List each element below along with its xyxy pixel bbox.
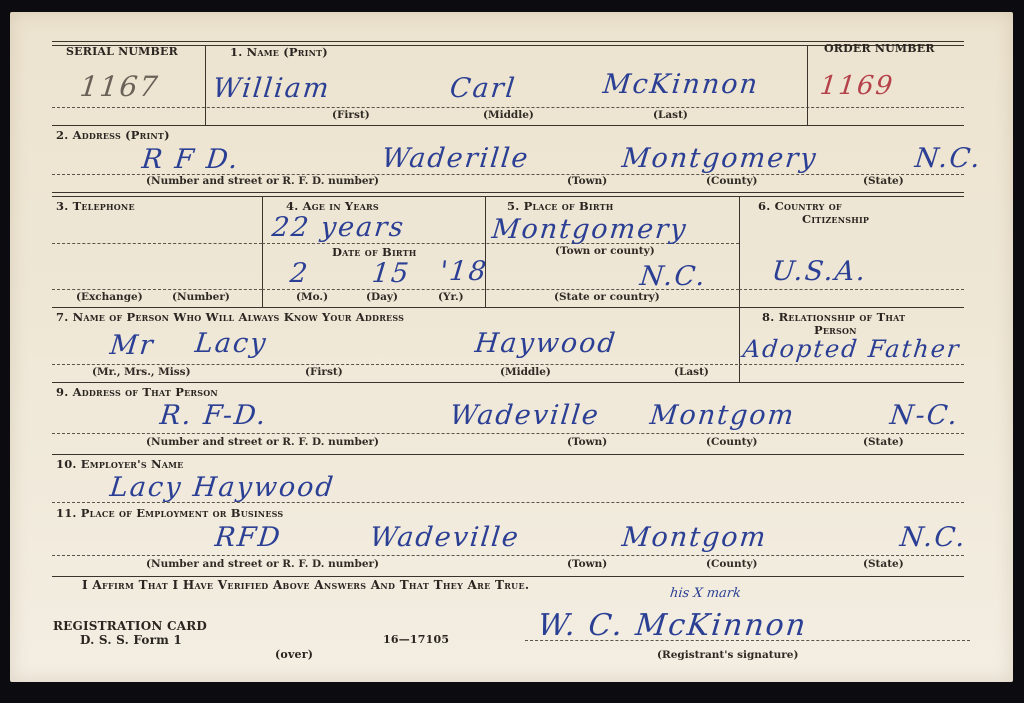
- contact-title-sublabel: (Mr., Mrs., Miss): [92, 366, 191, 378]
- contact-address-town-value: Wadeville: [448, 400, 601, 431]
- name-last-value: McKinnon: [601, 69, 760, 100]
- contact-address-county-sublabel: (County): [706, 436, 758, 448]
- signature-mark-note: his X mark: [669, 586, 741, 601]
- employment-county-sublabel: (County): [706, 558, 758, 570]
- address-town-value: Waderille: [380, 143, 531, 174]
- relationship-line: [739, 364, 964, 365]
- row-rule: [52, 382, 964, 383]
- form-id: D. S. S. Form 1: [80, 633, 182, 647]
- contact-first-value: Lacy: [193, 328, 269, 359]
- order-number-label: ORDER NUMBER: [824, 42, 935, 55]
- citizenship-label: 6. Country of: [758, 199, 842, 213]
- employer-value: Lacy Haywood: [108, 472, 336, 503]
- birthplace-town-sublabel: (Town or county): [555, 245, 655, 257]
- employment-state-value: N.C.: [898, 522, 968, 553]
- birthplace-town-value: Montgomery: [490, 214, 689, 245]
- birth-year-sublabel: (Yr.): [438, 291, 464, 303]
- name-first-value: William: [211, 73, 332, 104]
- contact-address-state-sublabel: (State): [863, 436, 904, 448]
- contact-address-county-value: Montgom: [648, 400, 797, 431]
- row-rule: [52, 192, 964, 193]
- divider: [485, 197, 486, 307]
- employment-label: 11. Place of Employment or Business: [56, 506, 283, 520]
- contact-first-sublabel: (First): [305, 366, 343, 378]
- print-code: 16—17105: [383, 633, 449, 646]
- serial-number-value: 1167: [78, 70, 161, 103]
- address-street-sublabel: (Number and street or R. F. D. number): [146, 175, 379, 187]
- row-rule: [52, 125, 964, 126]
- name-middle-sublabel: (Middle): [483, 109, 534, 121]
- employment-street-sublabel: (Number and street or R. F. D. number): [146, 558, 379, 570]
- relationship-label: 8. Relationship of That: [762, 310, 905, 324]
- telephone-line-2: [52, 289, 262, 290]
- birth-day-value: 15: [370, 258, 412, 289]
- birthplace-state-value: N.C.: [638, 261, 708, 292]
- contact-title-value: Mr: [108, 330, 156, 361]
- divider: [205, 46, 206, 125]
- address-state-value: N.C.: [913, 143, 983, 174]
- age-label: 4. Age in Years: [286, 199, 379, 213]
- contact-address-street-value: R. F-D.: [158, 400, 269, 431]
- employment-street-value: RFD: [213, 522, 283, 553]
- telephone-exchange-sublabel: (Exchange): [76, 291, 143, 303]
- divider: [739, 308, 740, 382]
- employer-line: [52, 502, 964, 503]
- employment-line: [52, 555, 964, 556]
- divider: [262, 197, 263, 307]
- employer-label: 10. Employer's Name: [56, 457, 183, 471]
- over-note: (over): [275, 648, 313, 661]
- address-street-value: R F D.: [140, 144, 241, 175]
- employment-county-value: Montgom: [620, 522, 769, 553]
- name-first-sublabel: (First): [332, 109, 370, 121]
- contact-address-state-value: N-C.: [888, 400, 960, 431]
- serial-number-label: SERIAL NUMBER: [66, 45, 178, 58]
- citizenship-line: [739, 289, 964, 290]
- name-last-sublabel: (Last): [653, 109, 688, 121]
- birth-day-sublabel: (Day): [366, 291, 398, 303]
- employment-state-sublabel: (State): [863, 558, 904, 570]
- name-label: 1. Name (Print): [230, 45, 328, 59]
- relationship-value: Adopted Father: [742, 335, 962, 363]
- contact-name-label: 7. Name of Person Who Will Always Know Y…: [56, 310, 404, 324]
- citizenship-value: U.S.A.: [770, 256, 868, 287]
- contact-line: [52, 364, 738, 365]
- birthplace-state-sublabel: (State or country): [554, 291, 660, 303]
- order-number-value: 1169: [818, 71, 895, 101]
- row-rule-2: [52, 196, 964, 197]
- address-county-value: Montgomery: [620, 143, 819, 174]
- telephone-line: [52, 243, 262, 244]
- contact-address-street-sublabel: (Number and street or R. F. D. number): [146, 436, 379, 448]
- address-town-sublabel: (Town): [567, 175, 607, 187]
- affirmation-text: I Affirm That I Have Verified Above Answ…: [82, 578, 529, 592]
- divider: [739, 197, 740, 307]
- birth-month-value: 2: [288, 258, 310, 289]
- address-county-sublabel: (County): [706, 175, 758, 187]
- contact-address-town-sublabel: (Town): [567, 436, 607, 448]
- form-title: REGISTRATION CARD: [53, 619, 207, 633]
- contact-address-label: 9. Address of That Person: [56, 385, 218, 399]
- address-label: 2. Address (Print): [56, 128, 170, 142]
- telephone-number-sublabel: (Number): [172, 291, 230, 303]
- address-state-sublabel: (State): [863, 175, 904, 187]
- divider: [807, 46, 808, 125]
- name-middle-value: Carl: [448, 73, 518, 104]
- contact-last-sublabel: (Last): [674, 366, 709, 378]
- age-value: 22 years: [270, 212, 406, 243]
- citizenship-label-2: Citizenship: [802, 212, 869, 226]
- contact-middle-value: Haywood: [473, 328, 618, 359]
- registration-card: SERIAL NUMBER 1167 1. Name (Print) Willi…: [10, 12, 1013, 682]
- row-rule: [52, 576, 964, 577]
- signature-line: [525, 640, 970, 641]
- birthplace-label: 5. Place of Birth: [507, 199, 614, 213]
- contact-middle-sublabel: (Middle): [500, 366, 551, 378]
- row-rule: [52, 307, 964, 308]
- date-of-birth-label: Date of Birth: [332, 245, 417, 259]
- row-rule: [52, 454, 964, 455]
- telephone-label: 3. Telephone: [56, 199, 135, 213]
- birth-year-value: '18: [438, 256, 489, 287]
- name-line: [52, 107, 964, 108]
- employment-town-sublabel: (Town): [567, 558, 607, 570]
- employment-town-value: Wadeville: [368, 522, 521, 553]
- signature-value: W. C. McKinnon: [536, 608, 809, 643]
- birth-month-sublabel: (Mo.): [296, 291, 328, 303]
- contact-address-line: [52, 433, 964, 434]
- signature-label: (Registrant's signature): [657, 649, 798, 661]
